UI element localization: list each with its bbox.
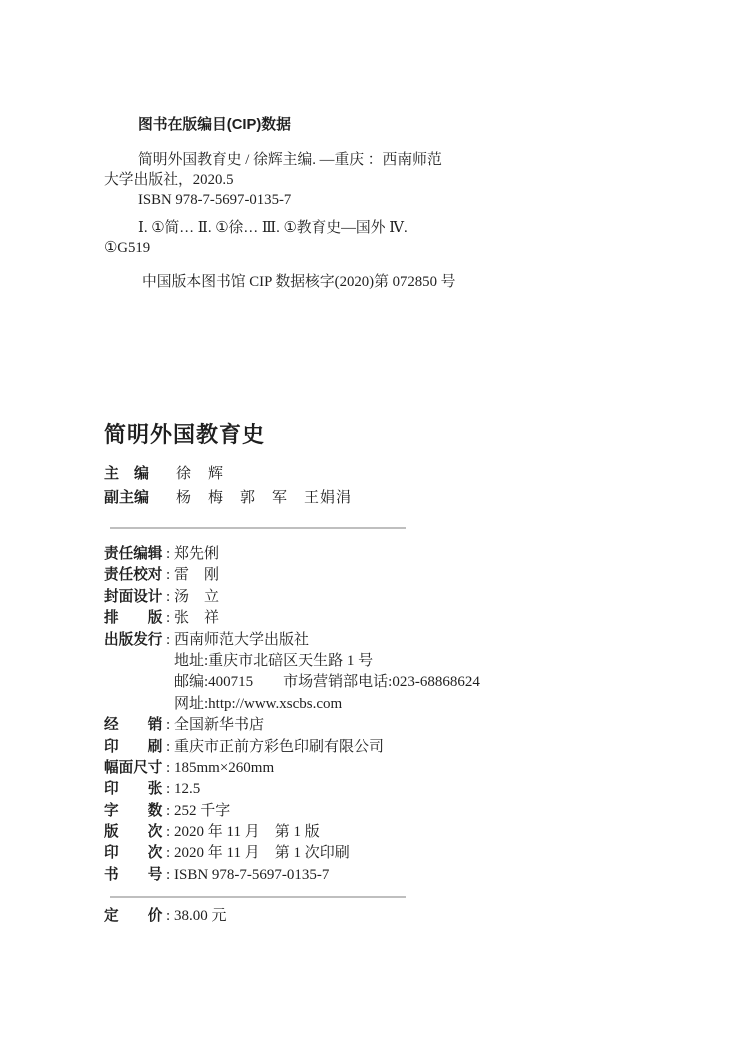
label-colon: : bbox=[166, 715, 174, 736]
info-value: 2020 年 11 月 第 1 次印刷 bbox=[174, 845, 350, 861]
info-label: 出版发行 bbox=[104, 630, 166, 651]
info-row-sheets: 印 张:12.5 bbox=[104, 779, 704, 800]
info-label: 字 数 bbox=[104, 801, 166, 822]
publication-info-block: 责任编辑:郑先俐 责任校对:雷 刚 封面设计:汤 立 排 版:张 祥 出版发行:… bbox=[104, 544, 704, 886]
info-value: ISBN 978-7-5697-0135-7 bbox=[174, 867, 329, 883]
info-value: 张 祥 bbox=[174, 610, 219, 626]
cip-isbn-line: ISBN 978-7-5697-0135-7 bbox=[104, 190, 534, 210]
cip-header: 图书在版编目(CIP)数据 bbox=[104, 115, 534, 135]
editors-block: 主 编徐 辉 副主编杨 梅 郭 军 王娟涓 bbox=[104, 462, 352, 510]
info-label: 经 销 bbox=[104, 715, 166, 736]
info-value: 西南师范大学出版社 bbox=[174, 632, 309, 648]
info-label: 印 次 bbox=[104, 843, 166, 864]
info-label: 印 刷 bbox=[104, 737, 166, 758]
label-colon: : bbox=[166, 737, 174, 758]
info-label: 责任编辑 bbox=[104, 544, 166, 565]
info-row-distribution: 经 销:全国新华书店 bbox=[104, 715, 704, 736]
divider-top bbox=[110, 527, 406, 529]
cip-classification-line2: ①G519 bbox=[104, 238, 534, 258]
info-subrow-address: 地址:重庆市北碚区天生路 1 号 bbox=[104, 651, 704, 672]
editor-names: 杨 梅 郭 军 王娟涓 bbox=[176, 490, 352, 506]
label-colon: : bbox=[166, 906, 174, 927]
info-row-dimensions: 幅面尺寸:185mm×260mm bbox=[104, 758, 704, 779]
label-colon: : bbox=[166, 843, 174, 864]
info-value: 郑先俐 bbox=[174, 546, 219, 562]
info-label: 幅面尺寸 bbox=[104, 758, 166, 779]
price-block: 定 价:38.00 元 bbox=[104, 906, 704, 927]
label-colon: : bbox=[166, 865, 174, 886]
cip-record: 中国版本图书馆 CIP 数据核字(2020)第 072850 号 bbox=[104, 272, 534, 292]
book-title: 简明外国教育史 bbox=[104, 420, 265, 450]
info-value: 185mm×260mm bbox=[174, 760, 274, 776]
info-value: 邮编:400715 市场营销部电话:023-68868624 bbox=[174, 674, 480, 690]
label-colon: : bbox=[166, 544, 174, 565]
info-value: 雷 刚 bbox=[174, 567, 219, 583]
label-colon: : bbox=[166, 779, 174, 800]
info-value: 网址:http://www.xscbs.com bbox=[174, 696, 342, 712]
info-row-publisher: 出版发行:西南师范大学出版社 bbox=[104, 630, 704, 651]
info-value: 2020 年 11 月 第 1 版 bbox=[174, 824, 320, 840]
info-row-cover-design: 封面设计:汤 立 bbox=[104, 587, 704, 608]
label-colon: : bbox=[166, 822, 174, 843]
cip-description-line1: 简明外国教育史 / 徐辉主编. —重庆 ：西南师范 bbox=[104, 150, 534, 170]
label-colon: : bbox=[166, 608, 174, 629]
info-row-proofreader: 责任校对:雷 刚 bbox=[104, 565, 704, 586]
label-colon: : bbox=[166, 565, 174, 586]
cip-description-line2: 大学出版社，2020.5 bbox=[104, 170, 534, 190]
info-row-responsible-editor: 责任编辑:郑先俐 bbox=[104, 544, 704, 565]
label-colon: : bbox=[166, 587, 174, 608]
info-row-book-number: 书 号:ISBN 978-7-5697-0135-7 bbox=[104, 865, 704, 886]
divider-bottom bbox=[110, 896, 406, 898]
copyright-page: 图书在版编目(CIP)数据 简明外国教育史 / 徐辉主编. —重庆 ：西南师范 … bbox=[0, 0, 750, 1045]
editor-row-chief: 主 编徐 辉 bbox=[104, 462, 352, 486]
info-value: 12.5 bbox=[174, 781, 200, 797]
info-value: 38.00 元 bbox=[174, 908, 227, 924]
info-label: 封面设计 bbox=[104, 587, 166, 608]
info-row-impression: 印 次:2020 年 11 月 第 1 次印刷 bbox=[104, 843, 704, 864]
editor-names: 徐 辉 bbox=[176, 466, 224, 482]
info-subrow-postcode-phone: 邮编:400715 市场营销部电话:023-68868624 bbox=[104, 672, 704, 693]
label-colon: : bbox=[166, 758, 174, 779]
info-row-typesetting: 排 版:张 祥 bbox=[104, 608, 704, 629]
info-value: 全国新华书店 bbox=[174, 717, 264, 733]
info-label: 定 价 bbox=[104, 906, 166, 927]
info-subrow-website: 网址:http://www.xscbs.com bbox=[104, 694, 704, 715]
cip-classification-line1: Ⅰ. ①简… Ⅱ. ①徐… Ⅲ. ①教育史—国外 Ⅳ. bbox=[104, 218, 534, 238]
info-label: 版 次 bbox=[104, 822, 166, 843]
info-label: 印 张 bbox=[104, 779, 166, 800]
info-value: 地址:重庆市北碚区天生路 1 号 bbox=[174, 653, 373, 669]
info-label: 责任校对 bbox=[104, 565, 166, 586]
info-row-word-count: 字 数:252 千字 bbox=[104, 801, 704, 822]
info-value: 252 千字 bbox=[174, 803, 230, 819]
info-label: 书 号 bbox=[104, 865, 166, 886]
info-row-printing: 印 刷:重庆市正前方彩色印刷有限公司 bbox=[104, 737, 704, 758]
editor-label: 主 编 bbox=[104, 462, 162, 486]
cip-block: 图书在版编目(CIP)数据 简明外国教育史 / 徐辉主编. —重庆 ：西南师范 … bbox=[104, 115, 534, 292]
info-value: 重庆市正前方彩色印刷有限公司 bbox=[174, 739, 384, 755]
info-row-edition: 版 次:2020 年 11 月 第 1 版 bbox=[104, 822, 704, 843]
info-value: 汤 立 bbox=[174, 589, 219, 605]
editor-label: 副主编 bbox=[104, 486, 162, 510]
editor-row-deputy: 副主编杨 梅 郭 军 王娟涓 bbox=[104, 486, 352, 510]
label-colon: : bbox=[166, 630, 174, 651]
label-colon: : bbox=[166, 801, 174, 822]
info-row-price: 定 价:38.00 元 bbox=[104, 906, 704, 927]
info-label: 排 版 bbox=[104, 608, 166, 629]
